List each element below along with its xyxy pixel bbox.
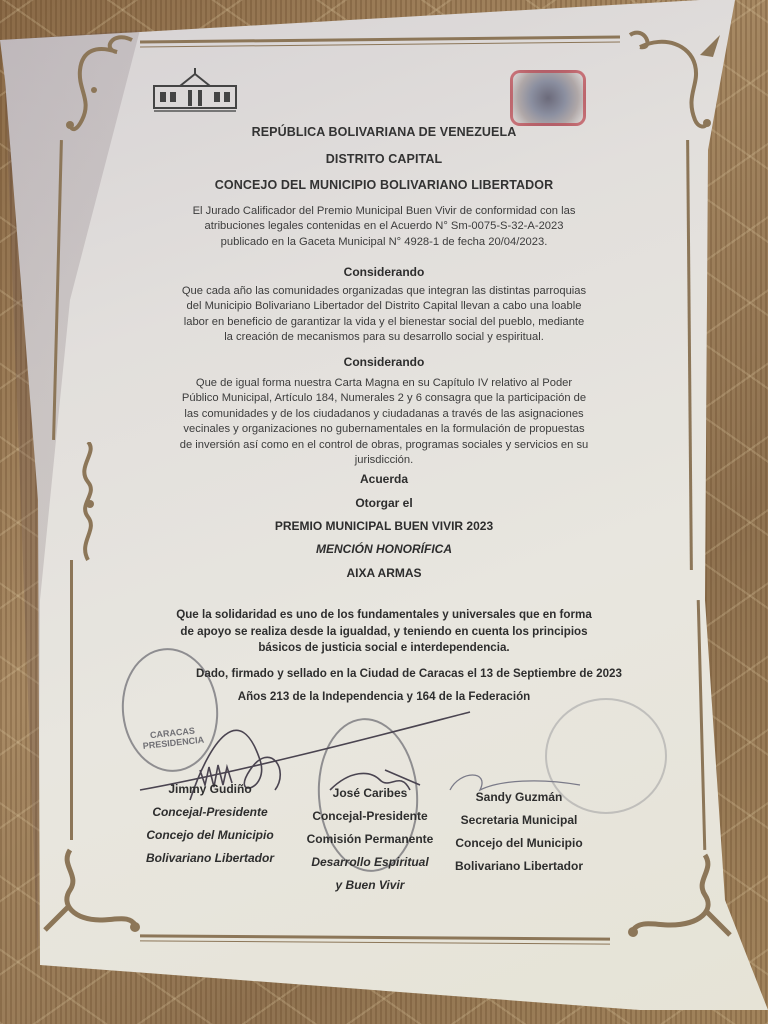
- considerando-heading-1: Considerando: [0, 265, 768, 279]
- signatory-2: José Caribes Concejal-Presidente Comisió…: [298, 782, 442, 897]
- years-line: Años 213 de la Independencia y 164 de la…: [0, 689, 768, 706]
- honorable-mention: MENCIÓN HONORÍFICA: [0, 542, 768, 556]
- header-council: CONCEJO DEL MUNICIPIO BOLIVARIANO LIBERT…: [0, 178, 768, 192]
- signatory-1-name: Jimmy Gudiño: [140, 778, 280, 801]
- otorgar-line: Otorgar el: [0, 496, 768, 510]
- presidency-stamp: CARACAS PRESIDENCIA: [116, 643, 224, 776]
- acuerda-heading: Acuerda: [0, 472, 768, 486]
- closing-paragraph: Que la solidaridad es uno de los fundame…: [0, 607, 768, 657]
- signatory-3-name: Sandy Guzmán: [444, 786, 594, 809]
- considerando-paragraph-1: Que cada año las comunidades organizadas…: [0, 284, 768, 346]
- header-district: DISTRITO CAPITAL: [0, 152, 768, 166]
- signatory-2-name: José Caribes: [298, 782, 442, 805]
- signatory-3: Sandy Guzmán Secretaria Municipal Concej…: [444, 786, 594, 878]
- signatory-1: Jimmy Gudiño Concejal-Presidente Concejo…: [140, 778, 280, 870]
- given-date-line: Dado, firmado y sellado en la Ciudad de …: [0, 666, 768, 683]
- recipient-name: AIXA ARMAS: [0, 566, 768, 580]
- considerando-heading-2: Considerando: [0, 355, 768, 369]
- award-title: PREMIO MUNICIPAL BUEN VIVIR 2023: [0, 519, 768, 533]
- intro-paragraph: El Jurado Calificador del Premio Municip…: [0, 204, 768, 250]
- header-republic: REPÚBLICA BOLIVARIANA DE VENEZUELA: [0, 125, 768, 139]
- considerando-paragraph-2: Que de igual forma nuestra Carta Magna e…: [0, 376, 768, 468]
